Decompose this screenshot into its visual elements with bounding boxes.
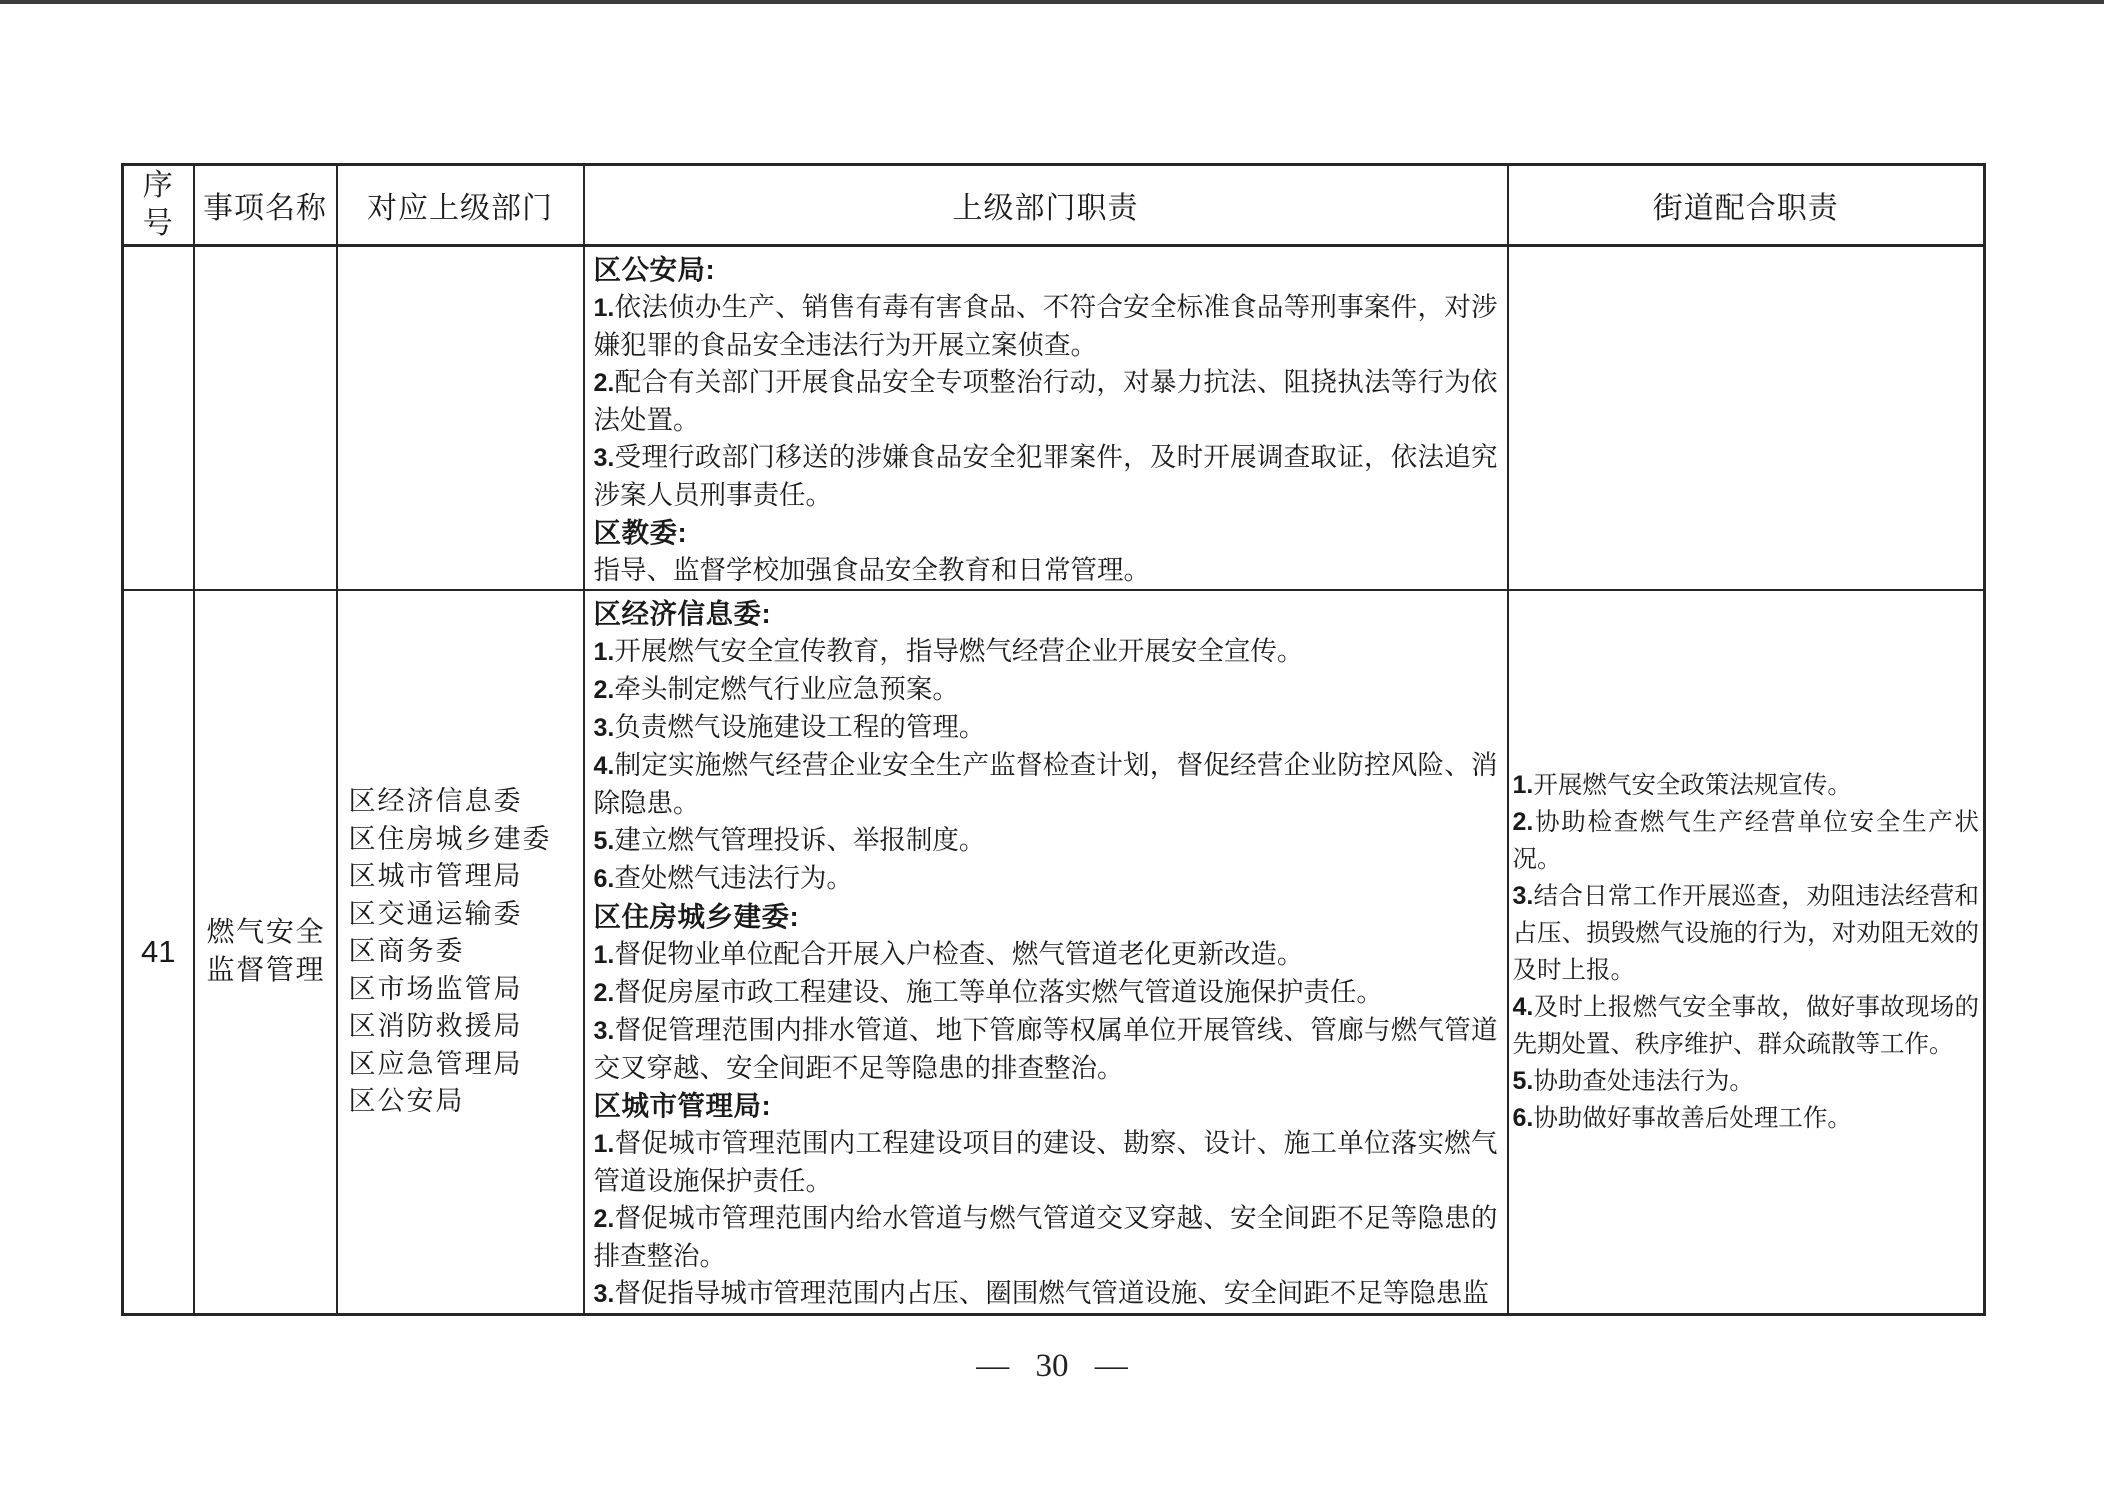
page-number: — 30 —: [0, 1348, 2104, 1396]
scan-edge-strip: [0, 0, 2104, 4]
duty-item: 1.督促城市管理范围内工程建设项目的建设、勘察、设计、施工单位落实燃气管道设施保…: [594, 1125, 1498, 1200]
org-heading-text: 区教委:: [594, 517, 688, 548]
duty-item: 5.建立燃气管理投诉、举报制度。: [594, 822, 1498, 860]
street-duty-item: 4.及时上报燃气安全事故，做好事故现场的先期处置、秩序维护、群众疏散等工作。: [1513, 989, 1980, 1063]
duty-number: 4.: [594, 752, 615, 780]
duty-number: 5.: [594, 827, 615, 855]
table-row-41: 41 燃气安全 监督管理 区经济信息委 区住房城乡建委 区城市管理局 区交通运输…: [123, 590, 1985, 1315]
duty-text: 协助查处违法行为。: [1533, 1068, 1754, 1095]
duty-number: 1.: [594, 1130, 615, 1158]
duty-item: 指导、监督学校加强食品安全教育和日常管理。: [594, 552, 1498, 589]
duty-number: 3.: [1513, 882, 1534, 910]
duty-item: 3.督促管理范围内排水管道、地下管廊等权属单位开展管线、管廊与燃气管道交叉穿越、…: [594, 1012, 1498, 1087]
duty-text: 协助检查燃气生产经营单位安全生产状况。: [1513, 809, 1980, 873]
street-duties-cell: 1.开展燃气安全政策法规宣传。 2.协助检查燃气生产经营单位安全生产状况。 3.…: [1508, 590, 1985, 1315]
duty-text: 受理行政部门移送的涉嫌食品安全犯罪案件，及时开展调查取证，依法追究涉案人员刑事责…: [594, 442, 1498, 510]
org-heading: 区经济信息委:: [594, 595, 1498, 633]
duty-item: 2.牵头制定燃气行业应急预案。: [594, 671, 1498, 709]
duty-item: 1.依法侦办生产、销售有毒有害食品、不符合安全标准食品等刑事案件，对涉嫌犯罪的食…: [594, 289, 1498, 364]
responsibility-table: 序号 事项名称 对应上级部门 上级部门职责 街道配合职责 区公安局: 1.依法侦…: [121, 163, 1986, 1316]
duty-text: 开展燃气安全宣传教育，指导燃气经营企业开展安全宣传。: [614, 636, 1303, 666]
duty-item: 4.制定实施燃气经营企业安全生产监督检查计划，督促经营企业防控风险、消除隐患。: [594, 747, 1498, 822]
duty-number: 1.: [594, 941, 615, 969]
duty-text: 依法侦办生产、销售有毒有害食品、不符合安全标准食品等刑事案件，对涉嫌犯罪的食品安…: [594, 292, 1498, 360]
superior-dept-cell: [337, 246, 584, 591]
duty-text: 及时上报燃气安全事故，做好事故现场的先期处置、秩序维护、群众疏散等工作。: [1513, 994, 1980, 1058]
duty-text: 督促城市管理范围内给水管道与燃气管道交叉穿越、安全间距不足等隐患的排查整治。: [594, 1203, 1498, 1271]
duty-text: 协助做好事故善后处理工作。: [1533, 1105, 1852, 1132]
superior-duties-cell: 区公安局: 1.依法侦办生产、销售有毒有害食品、不符合安全标准食品等刑事案件，对…: [584, 246, 1508, 591]
header-seq-label: 序号: [141, 167, 175, 243]
duty-item: 2.督促房屋市政工程建设、施工等单位落实燃气管道设施保护责任。: [594, 974, 1498, 1012]
duty-number: 4.: [1513, 993, 1534, 1021]
duty-text: 开展燃气安全政策法规宣传。: [1533, 772, 1852, 799]
org-heading-text: 区经济信息委:: [594, 598, 772, 629]
duty-number: 2.: [594, 676, 615, 704]
item-name-cell: 燃气安全 监督管理: [194, 590, 337, 1315]
duty-number: 6.: [1513, 1104, 1534, 1132]
org-heading: 区住房城乡建委:: [594, 898, 1498, 936]
item-name-cell: [194, 246, 337, 591]
duty-text: 制定实施燃气经营企业安全生产监督检查计划，督促经营企业防控风险、消除隐患。: [594, 750, 1498, 818]
org-heading: 区教委:: [594, 514, 1498, 552]
duty-item: 6.查处燃气违法行为。: [594, 860, 1498, 898]
duty-item: 3.受理行政部门移送的涉嫌食品安全犯罪案件，及时开展调查取证，依法追究涉案人员刑…: [594, 439, 1498, 514]
seq-cell: [123, 246, 194, 591]
duty-text: 配合有关部门开展食品安全专项整治行动，对暴力抗法、阻挠执法等行为依法处置。: [594, 367, 1498, 435]
street-duty-item: 3.结合日常工作开展巡查，劝阻违法经营和占压、损毁燃气设施的行为，对劝阻无效的及…: [1513, 878, 1980, 989]
header-seq: 序号: [123, 165, 194, 246]
item-name-line: 燃气安全: [207, 914, 324, 952]
header-street-duties: 街道配合职责: [1508, 165, 1985, 246]
duty-number: 3.: [594, 714, 615, 742]
duty-item: 1.督促物业单位配合开展入户检查、燃气管道老化更新改造。: [594, 936, 1498, 974]
dept-item: 区城市管理局: [349, 858, 583, 896]
duty-text: 指导、监督学校加强食品安全教育和日常管理。: [594, 555, 1151, 585]
dept-item: 区住房城乡建委: [349, 821, 583, 859]
duty-number: 3.: [594, 1280, 615, 1308]
duty-text: 督促城市管理范围内工程建设项目的建设、勘察、设计、施工单位落实燃气管道设施保护责…: [594, 1128, 1498, 1196]
dept-item: 区公安局: [349, 1083, 583, 1121]
duty-number: 3.: [594, 444, 615, 472]
header-row: 序号 事项名称 对应上级部门 上级部门职责 街道配合职责: [123, 165, 1985, 246]
duty-number: 3.: [594, 1017, 615, 1045]
duty-number: 2.: [1513, 808, 1534, 836]
duty-item: 3.负责燃气设施建设工程的管理。: [594, 709, 1498, 747]
duty-text: 牵头制定燃气行业应急预案。: [614, 674, 959, 704]
duty-item: 3.督促指导城市管理范围内占压、圈围燃气管道设施、安全间距不足等隐患监: [594, 1275, 1498, 1313]
header-superior-dept: 对应上级部门: [337, 165, 584, 246]
org-heading-text: 区住房城乡建委:: [594, 901, 800, 932]
org-heading-text: 区城市管理局:: [594, 1090, 772, 1121]
duty-text: 督促房屋市政工程建设、施工等单位落实燃气管道设施保护责任。: [614, 977, 1383, 1007]
duty-number: 5.: [1513, 1067, 1534, 1095]
dept-item: 区应急管理局: [349, 1046, 583, 1084]
duty-text: 督促管理范围内排水管道、地下管廊等权属单位开展管线、管廊与燃气管道交叉穿越、安全…: [594, 1015, 1498, 1083]
street-duty-item: 5.协助查处违法行为。: [1513, 1063, 1980, 1100]
dept-item: 区商务委: [349, 933, 583, 971]
header-superior-duties: 上级部门职责: [584, 165, 1508, 246]
dept-item: 区交通运输委: [349, 896, 583, 934]
header-item-name: 事项名称: [194, 165, 337, 246]
street-duty-item: 6.协助做好事故善后处理工作。: [1513, 1100, 1980, 1137]
duty-number: 1.: [1513, 771, 1534, 799]
duty-number: 2.: [594, 979, 615, 1007]
dept-item: 区市场监管局: [349, 971, 583, 1009]
duty-text: 结合日常工作开展巡查，劝阻违法经营和占压、损毁燃气设施的行为，对劝阻无效的及时上…: [1513, 883, 1980, 984]
duty-text: 查处燃气违法行为。: [614, 863, 853, 893]
duty-number: 6.: [594, 865, 615, 893]
item-name-line: 监督管理: [207, 952, 324, 990]
duty-number: 1.: [594, 638, 615, 666]
duty-item: 1.开展燃气安全宣传教育，指导燃气经营企业开展安全宣传。: [594, 633, 1498, 671]
duty-text: 负责燃气设施建设工程的管理。: [614, 712, 985, 742]
duty-text: 建立燃气管理投诉、举报制度。: [614, 825, 985, 855]
seq-cell: 41: [123, 590, 194, 1315]
street-duties-cell: [1508, 246, 1985, 591]
duty-number: 1.: [594, 294, 615, 322]
duty-text: 督促指导城市管理范围内占压、圈围燃气管道设施、安全间距不足等隐患监: [614, 1278, 1489, 1308]
superior-dept-cell: 区经济信息委 区住房城乡建委 区城市管理局 区交通运输委 区商务委 区市场监管局…: [337, 590, 584, 1315]
street-duty-item: 2.协助检查燃气生产经营单位安全生产状况。: [1513, 804, 1980, 878]
dept-item: 区消防救援局: [349, 1008, 583, 1046]
org-heading: 区城市管理局:: [594, 1087, 1498, 1125]
duty-item: 2.配合有关部门开展食品安全专项整治行动，对暴力抗法、阻挠执法等行为依法处置。: [594, 364, 1498, 439]
street-duty-item: 1.开展燃气安全政策法规宣传。: [1513, 767, 1980, 804]
org-heading-text: 区公安局:: [594, 254, 716, 285]
duty-number: 2.: [594, 1205, 615, 1233]
duty-number: 2.: [594, 369, 615, 397]
dept-item: 区经济信息委: [349, 783, 583, 821]
superior-duties-cell: 区经济信息委: 1.开展燃气安全宣传教育，指导燃气经营企业开展安全宣传。 2.牵…: [584, 590, 1508, 1315]
duty-text: 督促物业单位配合开展入户检查、燃气管道老化更新改造。: [614, 939, 1303, 969]
org-heading: 区公安局:: [594, 251, 1498, 289]
duty-item: 2.督促城市管理范围内给水管道与燃气管道交叉穿越、安全间距不足等隐患的排查整治。: [594, 1200, 1498, 1275]
table-row-continuation: 区公安局: 1.依法侦办生产、销售有毒有害食品、不符合安全标准食品等刑事案件，对…: [123, 246, 1985, 591]
